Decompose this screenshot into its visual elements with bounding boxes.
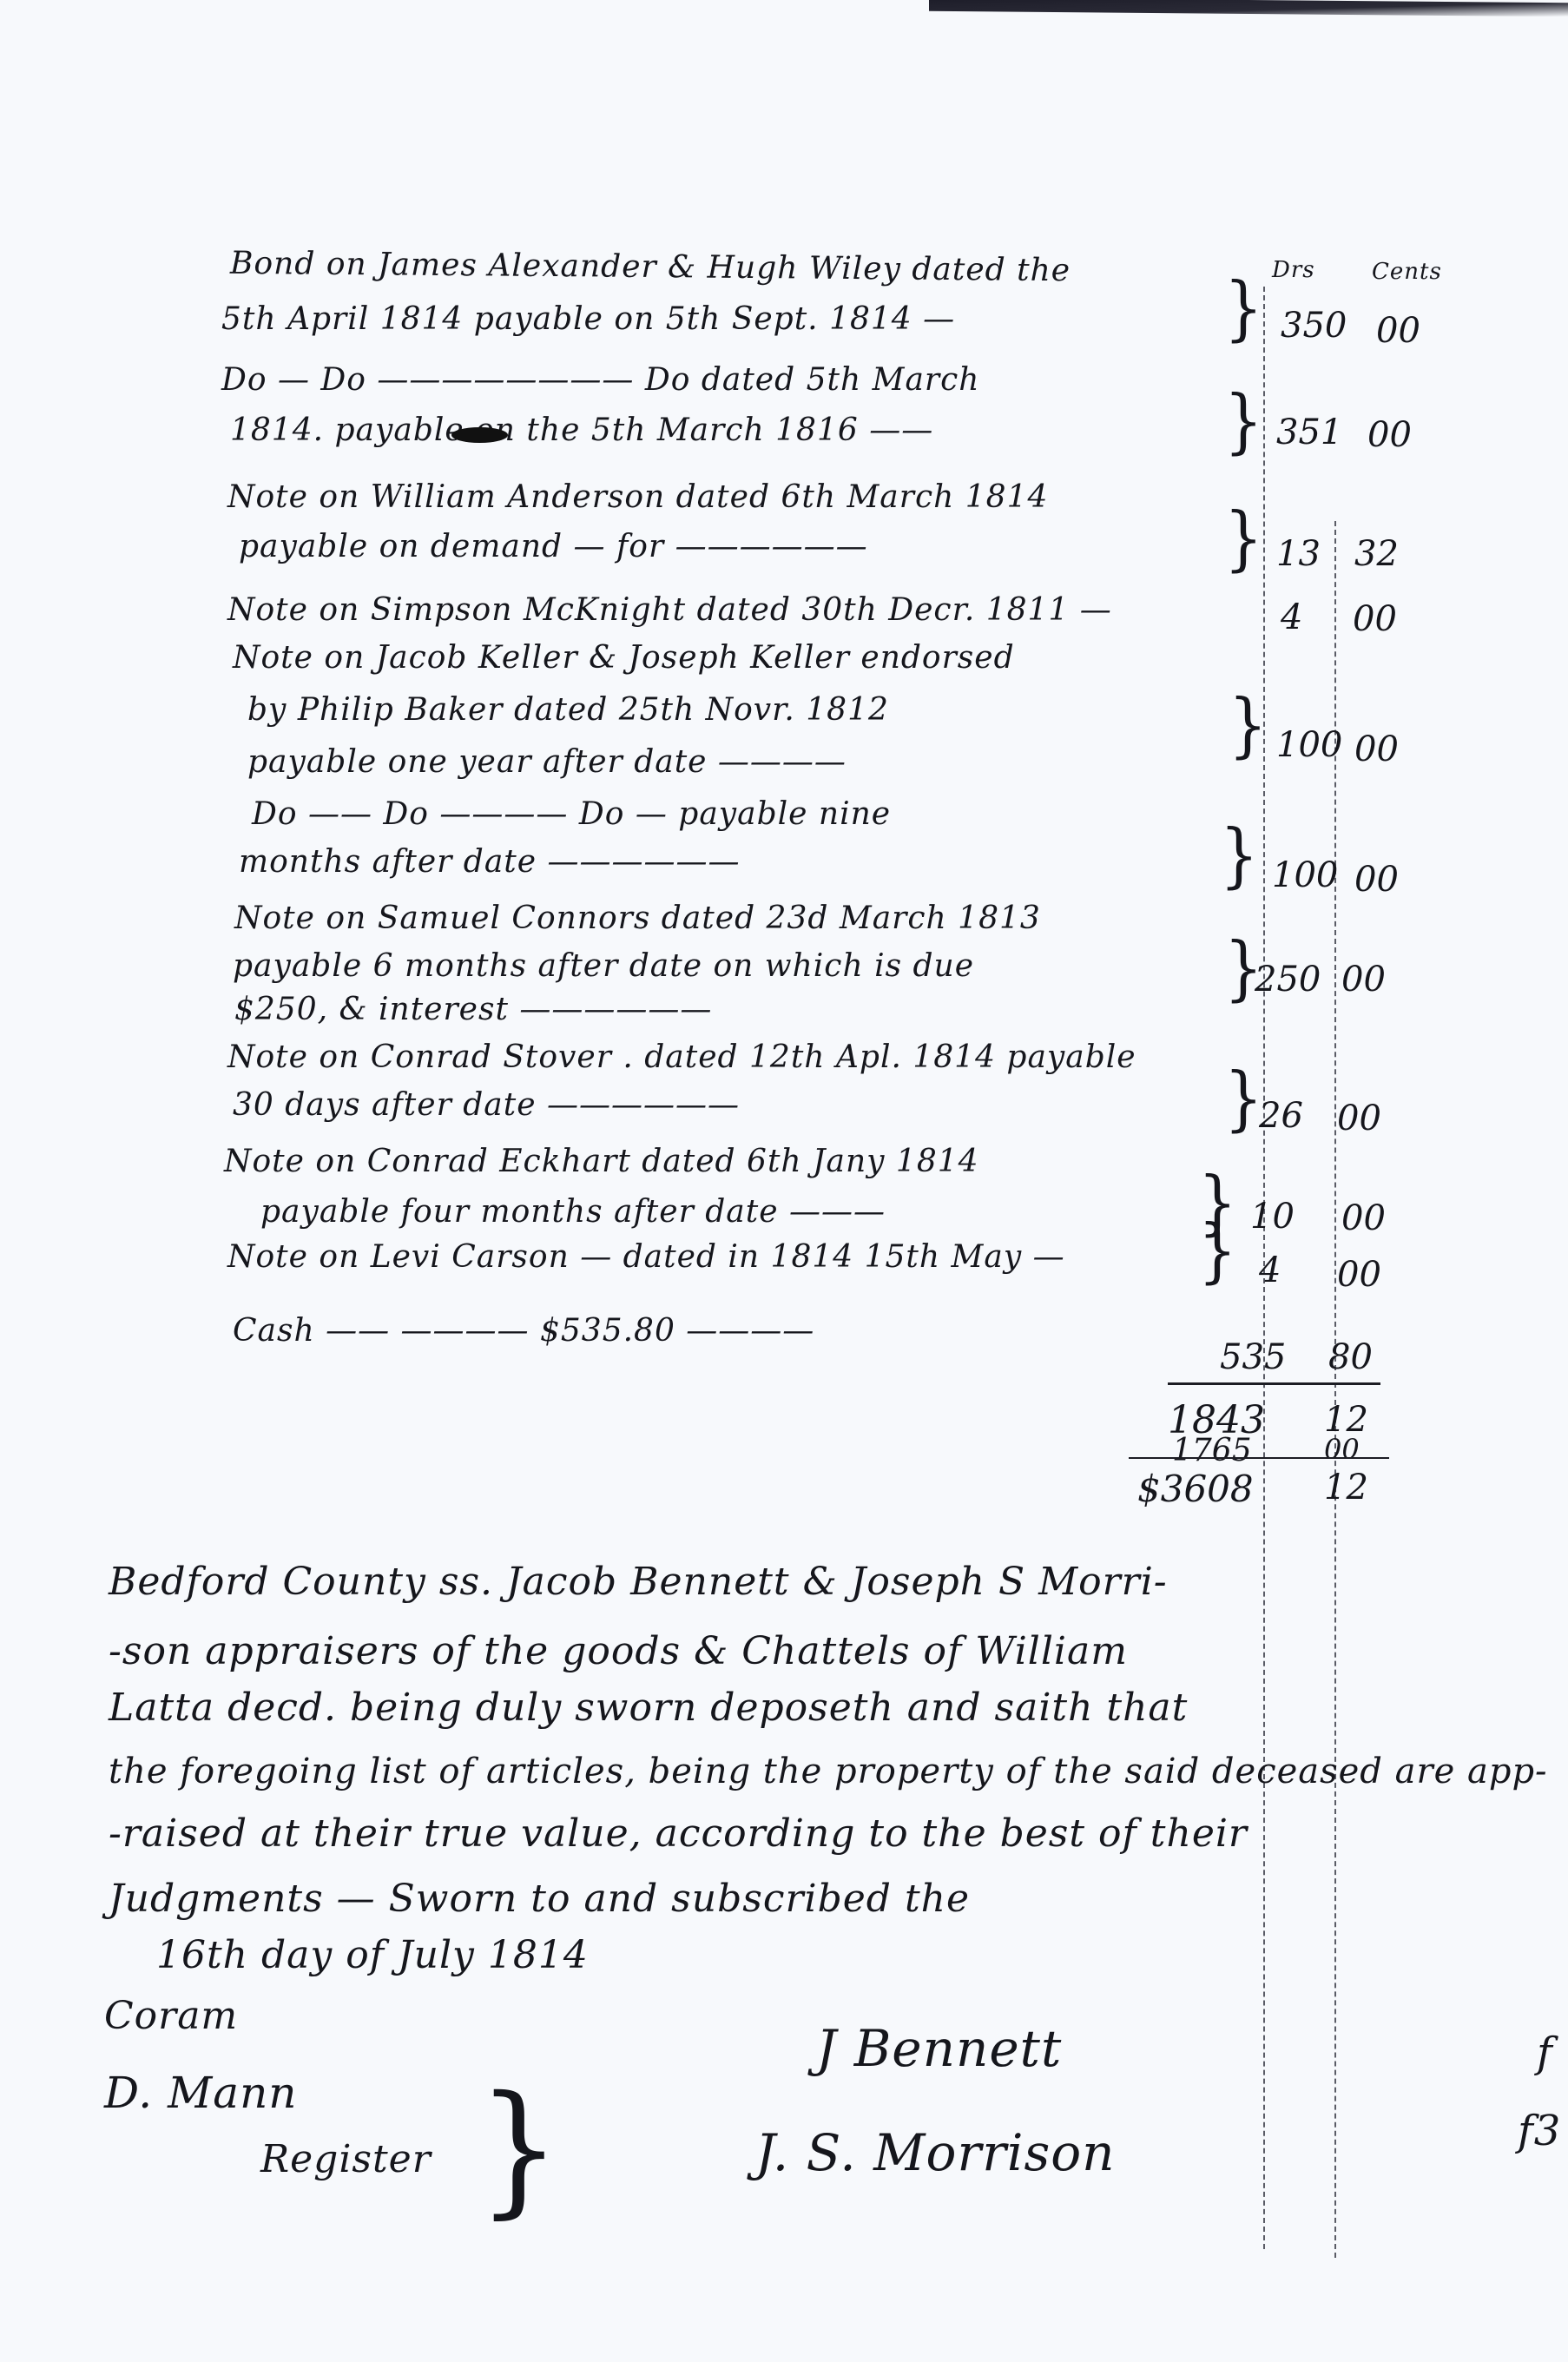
- entry-8-line-2: 30 days after date ——————: [233, 1090, 740, 1121]
- register-title: Register: [260, 2141, 432, 2179]
- entry-8-cents: 00: [1337, 1099, 1381, 1138]
- entry-9-line-2: payable four months after date ———: [260, 1197, 886, 1228]
- cents-column-header: Cents: [1372, 261, 1442, 283]
- register-brace: }: [478, 2078, 560, 2221]
- entry-8-line-1: Note on Conrad Stover . dated 12th Apl. …: [227, 1042, 1136, 1073]
- entry-1-cents: 00: [1376, 311, 1420, 351]
- oath-date-line: 16th day of July 1814: [156, 1936, 589, 1975]
- entry-5-line-1: Note on Jacob Keller & Joseph Keller end…: [233, 643, 1015, 674]
- entry-cash-cents: 80: [1328, 1337, 1373, 1377]
- entry-4-line-1: Note on Simpson McKnight dated 30th Decr…: [227, 595, 1112, 626]
- signature-morrison: J. S. Morrison: [755, 2128, 1116, 2178]
- entry-7-dollars: 250: [1255, 960, 1321, 1000]
- entry-6-line-1: Do —— Do ———— Do — payable nine: [252, 799, 891, 830]
- oath-line-1: Bedford County ss. Jacob Bennett & Josep…: [109, 1563, 1168, 1601]
- entry-4-dollars: 4: [1281, 597, 1302, 637]
- oath-line-3: Latta decd. being duly sworn deposeth an…: [109, 1689, 1188, 1727]
- total-prior-page-dollars: 1765: [1172, 1433, 1252, 1468]
- entry-2-line-2: 1814. payable on the 5th March 1816 ——: [230, 415, 933, 446]
- entry-5-cents: 00: [1354, 729, 1399, 769]
- entry-2-cents: 00: [1367, 415, 1412, 455]
- grand-total-rule: [1129, 1457, 1389, 1459]
- entry-5-dollars: 100: [1276, 725, 1342, 765]
- entry-cash-line: Cash —— ———— $535.80 ————: [233, 1316, 814, 1347]
- entry-3-dollars: 13: [1276, 534, 1321, 574]
- dollars-column-header: Drs: [1272, 259, 1315, 281]
- entry-5-line-3: payable one year after date ————: [247, 747, 847, 778]
- entry-4-cents: 00: [1353, 599, 1397, 639]
- grand-total-cents: 12: [1324, 1468, 1368, 1508]
- coram-label: Coram: [104, 1997, 238, 2035]
- oath-line-2: -son appraisers of the goods & Chattels …: [109, 1633, 1128, 1671]
- entry-7-line-1: Note on Samuel Connors dated 23d March 1…: [234, 903, 1041, 934]
- entry-6-line-2: months after date ——————: [239, 847, 741, 878]
- entry-3-line-2: payable on demand — for ——————: [239, 531, 868, 563]
- entry-10-cents: 00: [1337, 1255, 1381, 1295]
- entry-8-dollars: 26: [1259, 1096, 1303, 1136]
- entry-1-dollars: 350: [1281, 306, 1347, 346]
- entry-2-line-1: Do — Do ———————— Do dated 5th March: [221, 365, 979, 396]
- entry-5-line-2: by Philip Baker dated 25th Novr. 1812: [247, 695, 889, 726]
- entry-7-cents: 00: [1341, 960, 1386, 1000]
- entry-2-brace: }: [1224, 386, 1263, 457]
- ink-blot: [451, 427, 508, 443]
- oath-line-6: Judgments — Sworn to and subscribed the: [109, 1880, 970, 1918]
- oath-line-5: -raised at their true value, according t…: [109, 1815, 1248, 1853]
- ledger-page: Drs Cents Bond on James Alexander & Hugh…: [0, 0, 1568, 2362]
- grand-total-dollars: $3608: [1137, 1468, 1254, 1510]
- entry-2-dollars: 351: [1276, 412, 1342, 452]
- entry-7-line-3: $250, & interest ——————: [234, 994, 712, 1026]
- oath-line-4: the foregoing list of articles, being th…: [109, 1754, 1548, 1789]
- cents-column-rule: [1334, 521, 1336, 2258]
- signature-bennett: J Bennett: [816, 2023, 1062, 2074]
- entry-6-dollars: 100: [1272, 855, 1338, 895]
- entry-10-line-1: Note on Levi Carson — dated in 1814 15th…: [227, 1242, 1065, 1273]
- entry-8-brace: }: [1224, 1064, 1263, 1134]
- entry-9-cents: 00: [1341, 1198, 1386, 1238]
- entry-3-line-1: Note on William Anderson dated 6th March…: [227, 482, 1048, 513]
- register-signature: D. Mann: [104, 2071, 298, 2115]
- entry-3-brace: }: [1224, 504, 1263, 574]
- entry-6-cents: 00: [1354, 860, 1399, 900]
- entry-1-line-2: 5th April 1814 payable on 5th Sept. 1814…: [221, 304, 955, 335]
- entry-10-dollars: 4: [1259, 1250, 1281, 1290]
- entry-6-brace: }: [1220, 821, 1259, 891]
- entry-cash-dollars: 535: [1220, 1337, 1286, 1377]
- total-rule: [1168, 1382, 1380, 1385]
- entry-9-dollars: 10: [1250, 1197, 1295, 1237]
- margin-fragment-1: f: [1537, 2032, 1553, 2074]
- margin-fragment-2: f3: [1518, 2110, 1561, 2152]
- entry-3-cents: 32: [1354, 534, 1399, 574]
- entry-9-line-1: Note on Conrad Eckhart dated 6th Jany 18…: [224, 1146, 979, 1178]
- entry-7-line-2: payable 6 months after date on which is …: [233, 951, 974, 982]
- entry-10-brace: }: [1198, 1216, 1237, 1286]
- entry-5-brace: }: [1229, 690, 1268, 761]
- total-prior-page-cents: 00: [1324, 1433, 1360, 1466]
- entry-1-brace: }: [1224, 274, 1263, 344]
- entry-1-line-1: Bond on James Alexander & Hugh Wiley dat…: [230, 248, 1071, 287]
